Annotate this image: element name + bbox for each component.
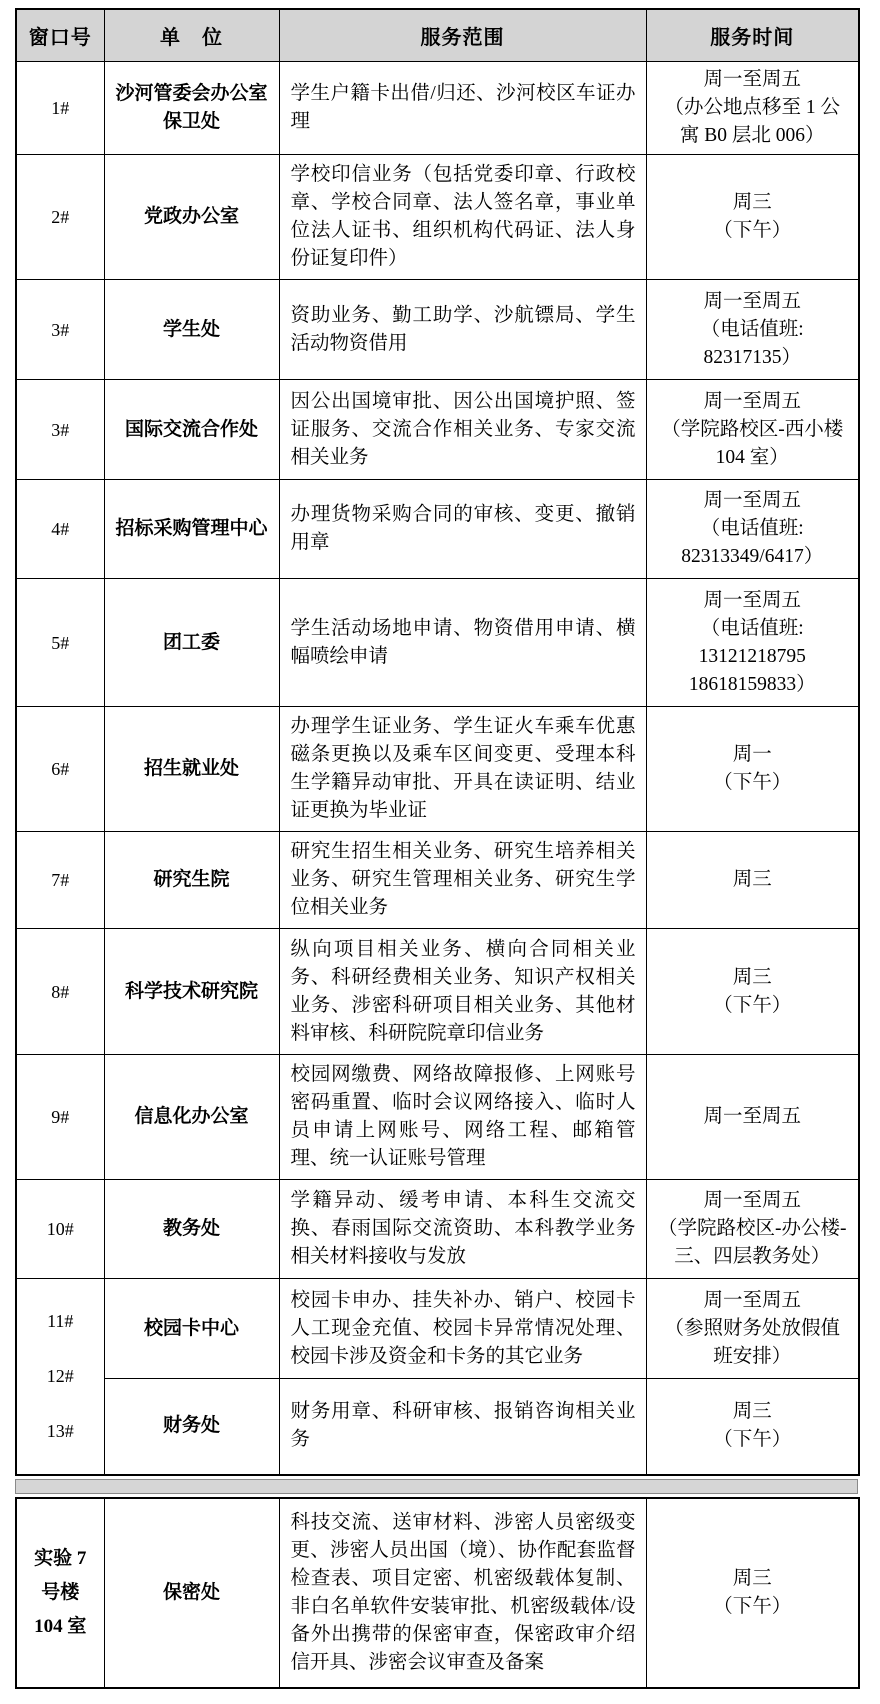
table-row: 8# 科学技术研究院 纵向项目相关业务、横向合同相关业务、科研经费相关业务、知识… — [16, 929, 859, 1055]
table-row: 10# 教务处 学籍异动、缓考申请、本科生交流交换、春雨国际交流资助、本科教学业… — [16, 1180, 859, 1279]
unit-cell: 团工委 — [104, 579, 279, 707]
time-cell: 周三 （下午） — [646, 1379, 859, 1475]
window-cell: 3# — [16, 280, 104, 380]
scope-cell: 资助业务、勤工助学、沙航镖局、学生活动物资借用 — [279, 280, 646, 380]
scope-cell: 学生户籍卡出借/归还、沙河校区车证办理 — [279, 62, 646, 155]
scope-cell: 因公出国境审批、因公出国境护照、签证服务、交流合作相关业务、专家交流相关业务 — [279, 380, 646, 480]
window-cell: 实验 7 号楼 104 室 — [16, 1498, 104, 1688]
unit-cell: 科学技术研究院 — [104, 929, 279, 1055]
page: 窗口号 单 位 服务范围 服务时间 1# 沙河管委会办公室 保卫处 学生户籍卡出… — [0, 0, 880, 1689]
col-header-window: 窗口号 — [16, 9, 104, 62]
scope-cell: 财务用章、科研审核、报销咨询相关业务 — [279, 1379, 646, 1475]
scope-cell: 科技交流、送审材料、涉密人员密级变更、涉密人员出国（境）、协作配套监督检查表、项… — [279, 1498, 646, 1688]
scope-cell: 纵向项目相关业务、横向合同相关业务、科研经费相关业务、知识产权相关业务、涉密科研… — [279, 929, 646, 1055]
window-cell: 5# — [16, 579, 104, 707]
time-cell: 周一至周五 — [646, 1055, 859, 1180]
scope-cell: 研究生招生相关业务、研究生培养相关业务、研究生管理相关业务、研究生学位相关业务 — [279, 832, 646, 929]
table-row: 1# 沙河管委会办公室 保卫处 学生户籍卡出借/归还、沙河校区车证办理 周一至周… — [16, 62, 859, 155]
table-row: 财务处 财务用章、科研审核、报销咨询相关业务 周三 （下午） — [16, 1379, 859, 1475]
time-cell: 周一至周五 （办公地点移至 1 公寓 B0 层北 006） — [646, 62, 859, 155]
unit-cell: 招生就业处 — [104, 707, 279, 832]
scope-cell: 学生活动场地申请、物资借用申请、横幅喷绘申请 — [279, 579, 646, 707]
col-header-time: 服务时间 — [646, 9, 859, 62]
unit-cell: 教务处 — [104, 1180, 279, 1279]
table-row: 3# 学生处 资助业务、勤工助学、沙航镖局、学生活动物资借用 周一至周五 （电话… — [16, 280, 859, 380]
table-header-row: 窗口号 单 位 服务范围 服务时间 — [16, 9, 859, 62]
section-separator-bar — [15, 1479, 858, 1494]
table-row: 11# 12# 13# 校园卡中心 校园卡申办、挂失补办、销户、校园卡人工现金充… — [16, 1279, 859, 1379]
unit-cell: 招标采购管理中心 — [104, 480, 279, 579]
time-cell: 周三 — [646, 832, 859, 929]
table-row: 4# 招标采购管理中心 办理货物采购合同的审核、变更、撤销用章 周一至周五 （电… — [16, 480, 859, 579]
time-cell: 周三 （下午） — [646, 155, 859, 280]
window-cell: 6# — [16, 707, 104, 832]
window-cell: 9# — [16, 1055, 104, 1180]
window-cell-merged: 11# 12# 13# — [16, 1279, 104, 1475]
annex-table: 实验 7 号楼 104 室 保密处 科技交流、送审材料、涉密人员密级变更、涉密人… — [15, 1497, 860, 1689]
scope-cell: 校园卡申办、挂失补办、销户、校园卡人工现金充值、校园卡异常情况处理、校园卡涉及资… — [279, 1279, 646, 1379]
time-cell: 周一至周五 （电话值班: 82317135） — [646, 280, 859, 380]
time-cell: 周一至周五 （学院路校区-办公楼-三、四层教务处） — [646, 1180, 859, 1279]
unit-cell: 校园卡中心 — [104, 1279, 279, 1379]
table-row: 5# 团工委 学生活动场地申请、物资借用申请、横幅喷绘申请 周一至周五 （电话值… — [16, 579, 859, 707]
time-cell: 周三 （下午） — [646, 1498, 859, 1688]
window-cell: 1# — [16, 62, 104, 155]
unit-cell: 学生处 — [104, 280, 279, 380]
scope-cell: 学籍异动、缓考申请、本科生交流交换、春雨国际交流资助、本科教学业务相关材料接收与… — [279, 1180, 646, 1279]
window-cell: 3# — [16, 380, 104, 480]
unit-cell: 信息化办公室 — [104, 1055, 279, 1180]
table-row: 2# 党政办公室 学校印信业务（包括党委印章、行政校章、学校合同章、法人签名章，… — [16, 155, 859, 280]
unit-cell: 保密处 — [104, 1498, 279, 1688]
service-window-table: 窗口号 单 位 服务范围 服务时间 1# 沙河管委会办公室 保卫处 学生户籍卡出… — [15, 8, 860, 1476]
table-row: 6# 招生就业处 办理学生证业务、学生证火车乘车优惠磁条更换以及乘车区间变更、受… — [16, 707, 859, 832]
window-cell: 8# — [16, 929, 104, 1055]
time-cell: 周一至周五 （学院路校区-西小楼 104 室） — [646, 380, 859, 480]
table-row: 9# 信息化办公室 校园网缴费、网络故障报修、上网账号密码重置、临时会议网络接入… — [16, 1055, 859, 1180]
col-header-scope: 服务范围 — [279, 9, 646, 62]
table-row: 7# 研究生院 研究生招生相关业务、研究生培养相关业务、研究生管理相关业务、研究… — [16, 832, 859, 929]
scope-cell: 办理学生证业务、学生证火车乘车优惠磁条更换以及乘车区间变更、受理本科生学籍异动审… — [279, 707, 646, 832]
unit-cell: 研究生院 — [104, 832, 279, 929]
unit-cell: 财务处 — [104, 1379, 279, 1475]
scope-cell: 学校印信业务（包括党委印章、行政校章、学校合同章、法人签名章，事业单位法人证书、… — [279, 155, 646, 280]
scope-cell: 办理货物采购合同的审核、变更、撤销用章 — [279, 480, 646, 579]
time-cell: 周三 （下午） — [646, 929, 859, 1055]
window-cell: 7# — [16, 832, 104, 929]
unit-cell: 国际交流合作处 — [104, 380, 279, 480]
table-row: 实验 7 号楼 104 室 保密处 科技交流、送审材料、涉密人员密级变更、涉密人… — [16, 1498, 859, 1688]
col-header-unit: 单 位 — [104, 9, 279, 62]
time-cell: 周一至周五 （电话值班: 13121218795 18618159833） — [646, 579, 859, 707]
scope-cell: 校园网缴费、网络故障报修、上网账号密码重置、临时会议网络接入、临时人员申请上网账… — [279, 1055, 646, 1180]
unit-cell: 党政办公室 — [104, 155, 279, 280]
time-cell: 周一至周五 （电话值班: 82313349/6417） — [646, 480, 859, 579]
unit-cell: 沙河管委会办公室 保卫处 — [104, 62, 279, 155]
window-cell: 4# — [16, 480, 104, 579]
time-cell: 周一至周五 （参照财务处放假值班安排） — [646, 1279, 859, 1379]
window-cell: 10# — [16, 1180, 104, 1279]
window-cell: 2# — [16, 155, 104, 280]
table-row: 3# 国际交流合作处 因公出国境审批、因公出国境护照、签证服务、交流合作相关业务… — [16, 380, 859, 480]
time-cell: 周一 （下午） — [646, 707, 859, 832]
